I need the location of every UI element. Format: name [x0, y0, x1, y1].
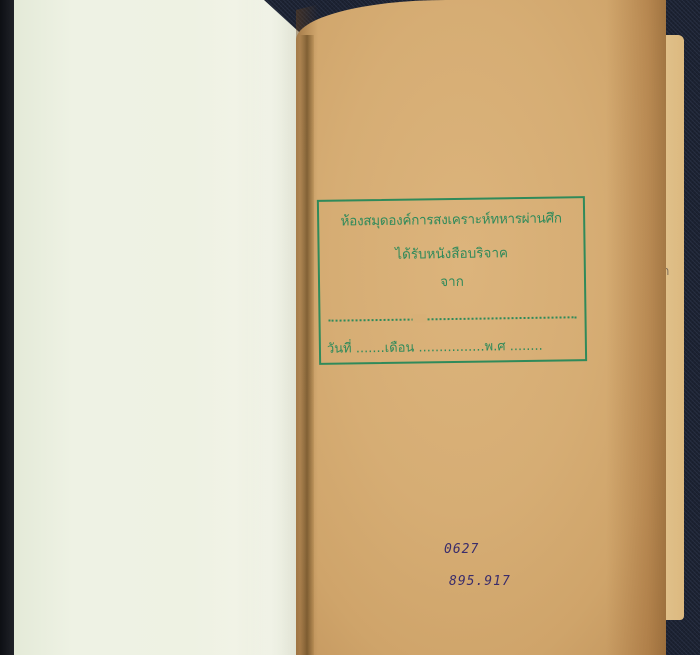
stamp-date-line: วันที่ .......เดือน ................พ.ศ …: [327, 334, 579, 359]
library-donation-stamp: ห้องสมุดองค์การสงเคราะห์ทหารผ่านศึก ได้ร…: [317, 196, 587, 365]
stamp-from-label: จาก: [320, 268, 584, 294]
handwritten-accession-number: 0627: [444, 542, 479, 557]
stamp-donor-dotted-line: [329, 316, 577, 321]
book-gutter: [300, 35, 314, 655]
blank-flyleaf-page: [14, 0, 310, 655]
stamp-dots-gap: [412, 314, 426, 322]
book-photo: ก ห้องสมุดองค์การสงเคราะห์ทหารผ่านศึก ได…: [0, 0, 700, 655]
stamp-library-name: ห้องสมุดองค์การสงเคราะห์ทหารผ่านศึก: [323, 206, 579, 232]
book-cover-edge: [0, 0, 16, 655]
handwritten-call-number: 895.917: [449, 574, 511, 589]
stamp-received-donation: ได้รับหนังสือบริจาค: [319, 240, 583, 266]
